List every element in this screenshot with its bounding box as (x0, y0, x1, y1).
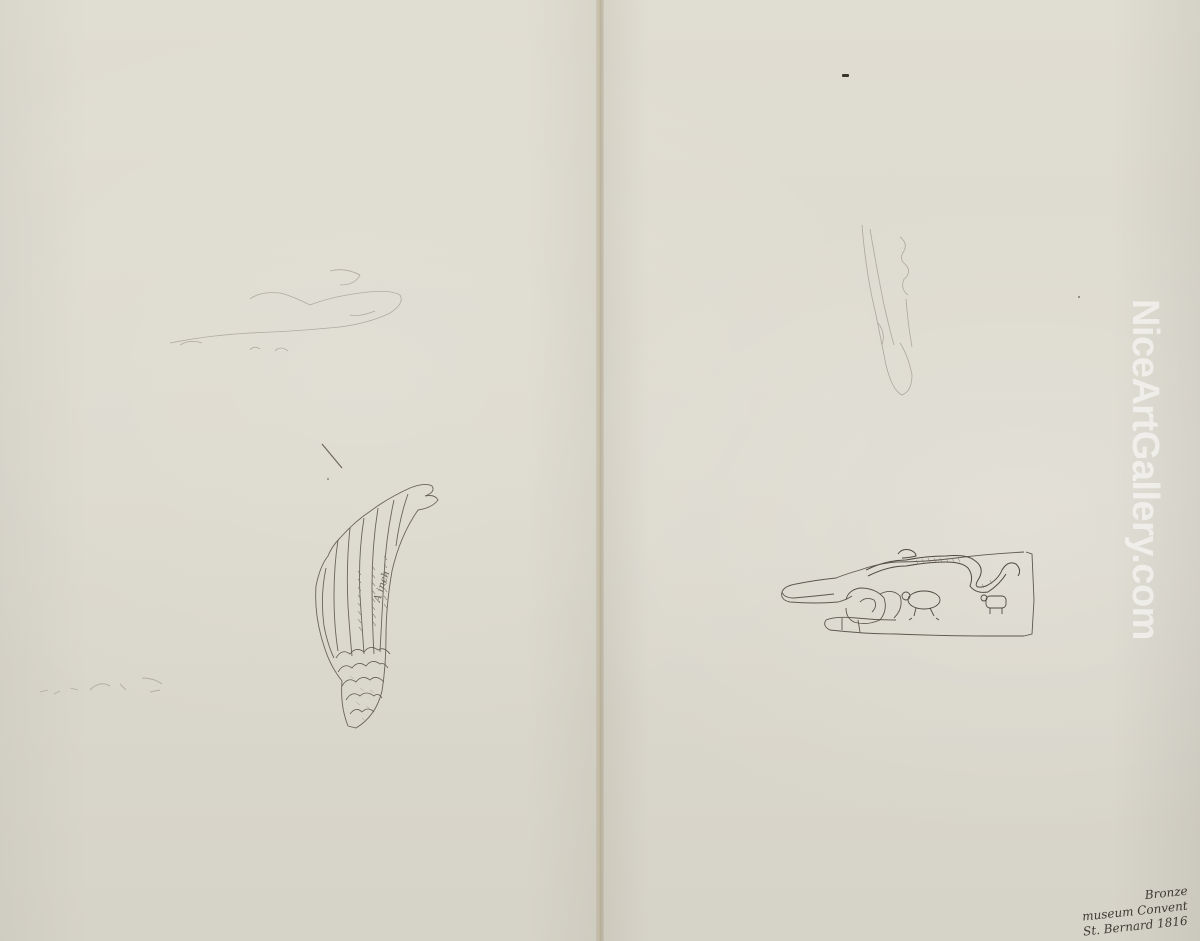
paper-speck (327, 478, 329, 480)
paper-speck (1078, 296, 1080, 298)
wing-sketch (300, 476, 450, 736)
stray-pencil-mark (318, 440, 348, 474)
faint-upright-sketch (842, 215, 932, 405)
faint-scribbles (30, 670, 190, 704)
votive-hand-sketch (776, 540, 1038, 644)
left-page: A inch (0, 0, 598, 941)
paper-speck (842, 74, 849, 77)
right-page: 3½ inch long Bronze museum Convent St. B… (602, 0, 1200, 941)
provenance-inscription: Bronze museum Convent St. Bernard 1816 (1028, 892, 1188, 937)
faint-hand-sketch (150, 255, 420, 355)
watermark: NiceArtGallery.com (1118, 278, 1170, 660)
sketchbook-spread: A inch (0, 0, 1200, 941)
watermark-text: NiceArtGallery.com (1123, 299, 1166, 640)
